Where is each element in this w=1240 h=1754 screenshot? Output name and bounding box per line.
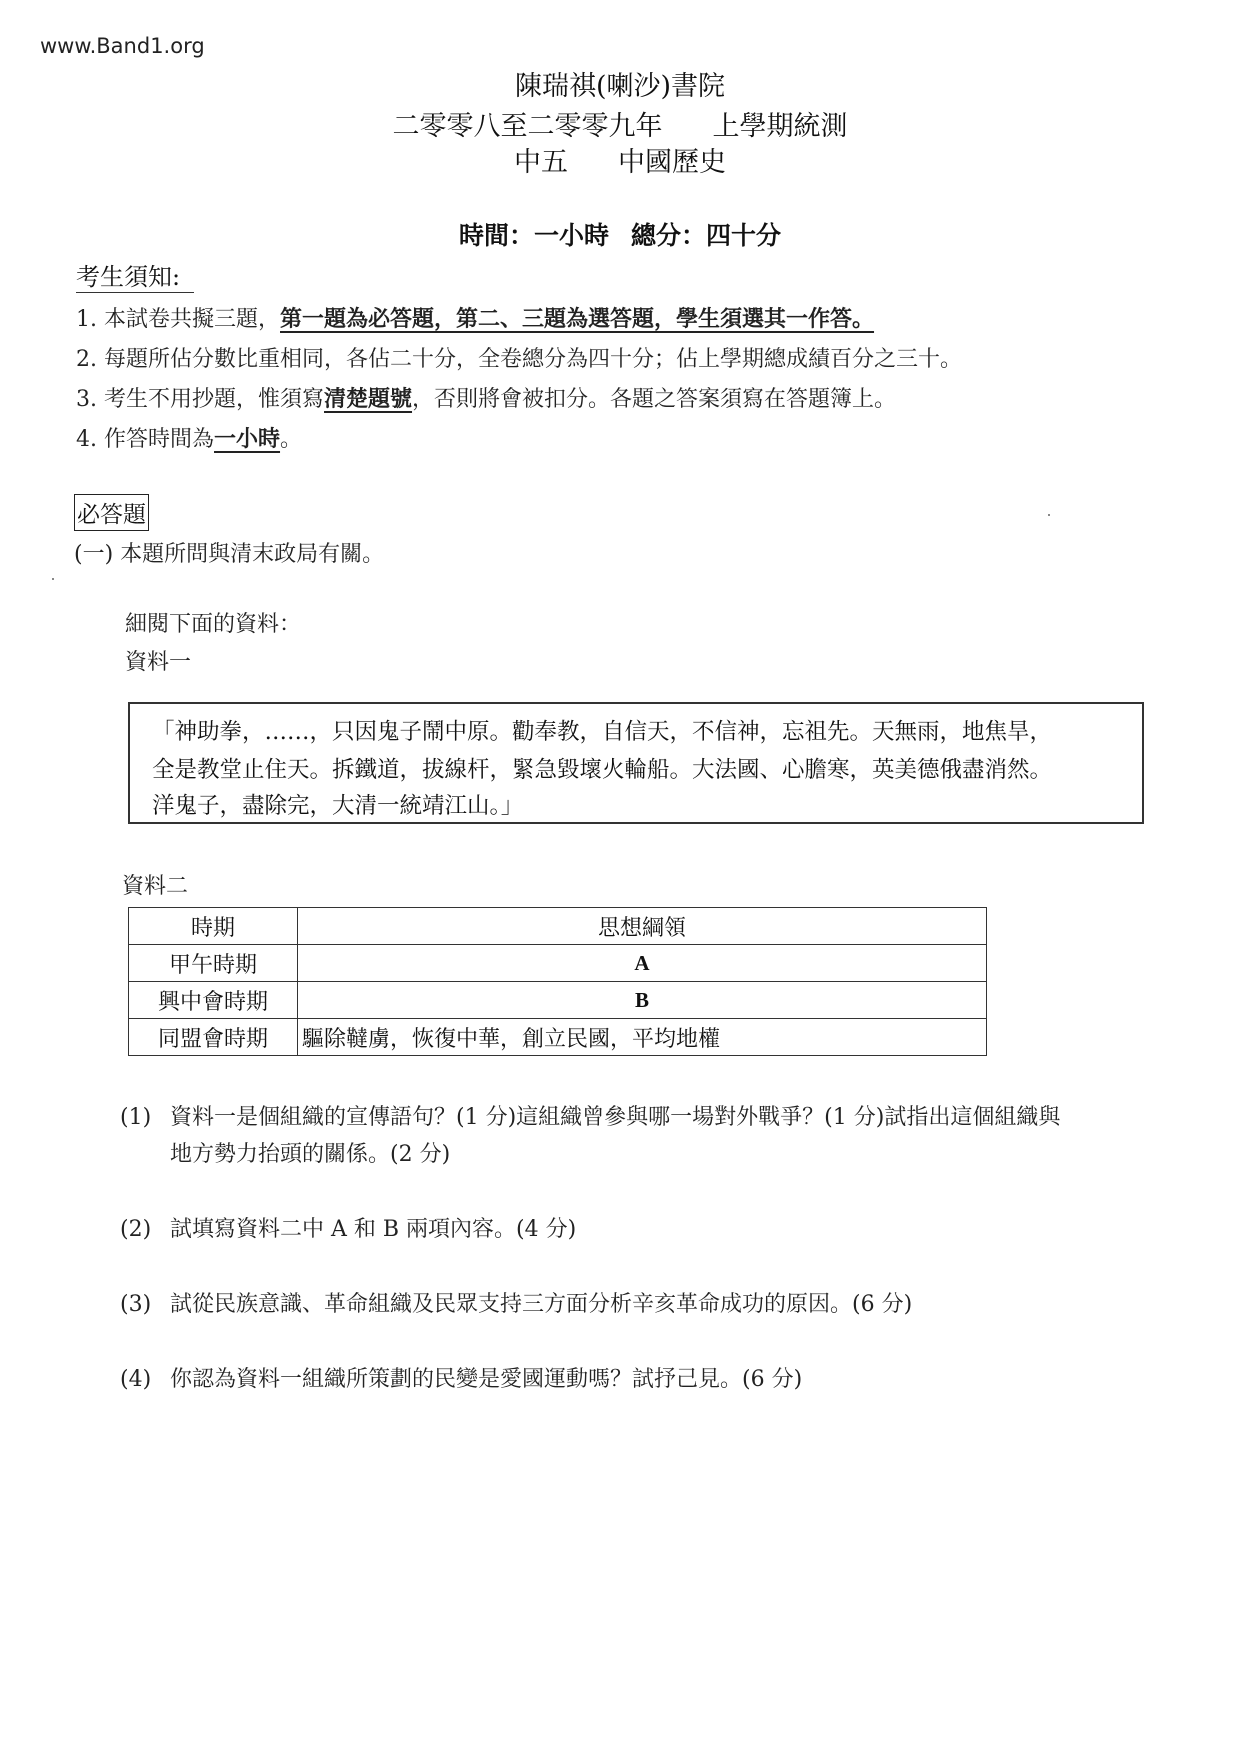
rule-text: 。	[280, 427, 302, 452]
rule-text: 本試卷共擬三題，	[104, 307, 280, 332]
sub-question-text: 試填寫資料二中 A 和 B 兩項內容。(4 分)	[170, 1217, 576, 1242]
rule-text: 作答時間為	[104, 427, 214, 452]
sub-question-4: (4)你認為資料一組織所策劃的民變是愛國運動嗎？試抒己見。(6 分)	[120, 1362, 802, 1393]
sub-question-1: (1)資料一是個組織的宣傳語句？(1 分)這組織曾參與哪一場對外戰爭？(1 分)…	[120, 1100, 1060, 1131]
cell-period: 甲午時期	[129, 945, 298, 982]
instructions-title: 考生須知:	[76, 257, 194, 293]
sub-question-3: (3)試從民族意識、革命組織及民眾支持三方面分析辛亥革命成功的原因。(6 分)	[120, 1287, 912, 1318]
cell-program: 驅除韃虜，恢復中華，創立民國，平均地權	[298, 1019, 987, 1056]
source2-table: 時期 思想綱領 甲午時期 A 興中會時期 B 同盟會時期 驅除韃虜，恢復中華，創…	[128, 907, 987, 1056]
scan-speck	[1048, 514, 1050, 516]
sub-question-number: (1)	[120, 1105, 170, 1130]
table-row: 興中會時期 B	[129, 982, 987, 1019]
exam-title: 二零零八至二零零九年上學期統測	[0, 104, 1240, 143]
quote-line: 全是教堂止住天。拆鐵道，拔線杆，緊急毀壞火輪船。大法國、心膽寒，英美德俄盡消然。	[152, 752, 1052, 784]
instruction-rule: 3. 考生不用抄題，惟須寫清楚題號，否則將會被扣分。各題之答案須寫在答題簿上。	[76, 382, 896, 413]
sub-question-2: (2)試填寫資料二中 A 和 B 兩項內容。(4 分)	[120, 1212, 576, 1243]
exam-duration: 時間：一小時	[459, 221, 609, 250]
sub-question-text: 資料一是個組織的宣傳語句？(1 分)這組織曾參與哪一場對外戰爭？(1 分)試指出…	[170, 1105, 1060, 1130]
rule-text: 每題所佔分數比重相同，各佔二十分，全卷總分為四十分；佔上學期總成績百分之三十。	[104, 347, 962, 372]
form-level: 中五	[514, 147, 568, 178]
cell-program: B	[298, 982, 987, 1019]
instruction-rule: 2. 每題所佔分數比重相同，各佔二十分，全卷總分為四十分；佔上學期總成績百分之三…	[76, 342, 962, 373]
cell-period: 同盟會時期	[129, 1019, 298, 1056]
rule-number: 2.	[76, 347, 97, 372]
instruction-rule: 1. 本試卷共擬三題，第一題為必答題，第二、三題為選答題，學生須選其一作答。	[76, 302, 874, 333]
header-program: 思想綱領	[298, 908, 987, 945]
cell-period: 興中會時期	[129, 982, 298, 1019]
exam-name: 上學期統測	[713, 111, 848, 142]
rule-number: 3.	[76, 387, 97, 412]
table-header-row: 時期 思想綱領	[129, 908, 987, 945]
source2-label: 資料二	[122, 869, 188, 900]
subject-line: 中五中國歷史	[0, 140, 1240, 179]
source1-quote-box: 「神助拳，……，只因鬼子鬧中原。勸奉教，自信天，不信神，忘祖先。天無雨，地焦旱，…	[128, 702, 1144, 824]
quote-line: 「神助拳，……，只因鬼子鬧中原。勸奉教，自信天，不信神，忘祖先。天無雨，地焦旱，	[152, 714, 1052, 746]
scan-speck	[52, 578, 54, 580]
sub-question-text: 試從民族意識、革命組織及民眾支持三方面分析辛亥革命成功的原因。(6 分)	[170, 1292, 912, 1317]
header-period: 時期	[129, 908, 298, 945]
cell-program: A	[298, 945, 987, 982]
academic-year: 二零零八至二零零九年	[393, 111, 663, 142]
quote-line: 洋鬼子，盡除完，大清一統靖江山。」	[152, 788, 523, 820]
rule-number: 4.	[76, 427, 97, 452]
watermark: www.Band1.org	[40, 34, 205, 58]
read-below-instruction: 細閱下面的資料：	[125, 607, 301, 638]
exam-total-marks: 總分：四十分	[631, 221, 781, 250]
question-intro: (一) 本題所問與清末政局有關。	[74, 537, 384, 568]
rule-text: 考生不用抄題，惟須寫	[104, 387, 324, 412]
subject-name: 中國歷史	[618, 147, 726, 178]
sub-question-number: (4)	[120, 1367, 170, 1392]
rule-text: ，否則將會被扣分。各題之答案須寫在答題簿上。	[412, 387, 896, 412]
sub-question-number: (3)	[120, 1292, 170, 1317]
rule-number: 1.	[76, 307, 97, 332]
exam-info: 時間：一小時總分：四十分	[0, 216, 1240, 252]
sub-question-text: 你認為資料一組織所策劃的民變是愛國運動嗎？試抒己見。(6 分)	[170, 1367, 802, 1392]
table-row: 同盟會時期 驅除韃虜，恢復中華，創立民國，平均地權	[129, 1019, 987, 1056]
compulsory-section-label: 必答題	[74, 494, 149, 531]
rule-emphasis: 一小時	[214, 426, 280, 452]
sub-question-1-continued: 地方勢力抬頭的關係。(2 分)	[170, 1137, 450, 1168]
instruction-rule: 4. 作答時間為一小時。	[76, 422, 302, 453]
rule-emphasis: 第一題為必答題，第二、三題為選答題，學生須選其一作答。	[280, 306, 874, 332]
source1-label: 資料一	[125, 645, 191, 676]
table-row: 甲午時期 A	[129, 945, 987, 982]
sub-question-number: (2)	[120, 1217, 170, 1242]
school-name: 陳瑞祺(喇沙)書院	[0, 64, 1240, 103]
rule-emphasis: 清楚題號	[324, 386, 412, 412]
